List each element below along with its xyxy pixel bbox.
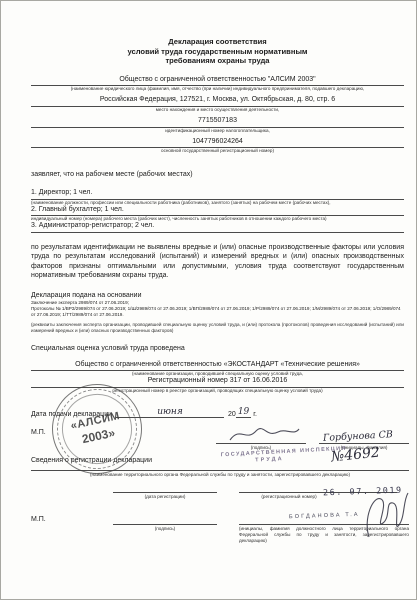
basis-heading: Декларация подана на основании xyxy=(31,291,404,300)
year-handwritten: 19 xyxy=(236,407,251,418)
name-line xyxy=(319,443,409,444)
submitter-name-handwritten: Горбунова СВ xyxy=(323,429,393,444)
org-address: Российская Федерация, 127521, г. Москва,… xyxy=(31,96,404,107)
org-ogrn-caption: основной государственный регистрационный… xyxy=(31,148,404,154)
workplace-row: 2. Главный бухгалтер; 1 чел. xyxy=(31,206,404,217)
sout-heading: Специальная оценка условий труда проведе… xyxy=(31,344,404,353)
title-line-2: условий труда государственным нормативны… xyxy=(31,47,404,57)
title-line-1: Декларация соответствия xyxy=(31,37,404,47)
org-ogrn: 1047796024264 xyxy=(31,138,404,149)
org-name: Общество с ограниченной ответственностью… xyxy=(31,76,404,87)
document-title: Декларация соответствия условий труда го… xyxy=(31,37,404,66)
basis-protocols-line: Протоколы № 1/ВРЗ/2989/074 от 27.06.2019… xyxy=(31,306,404,318)
official-signature-line xyxy=(113,524,217,525)
document-body: Декларация соответствия условий труда го… xyxy=(31,37,404,394)
conformity-statement: по результатам идентификации не выявлены… xyxy=(31,243,404,281)
year-prefix: 20 xyxy=(228,411,236,418)
declaration-document: Декларация соответствия условий труда го… xyxy=(0,0,417,600)
official-name-stamp: БОГДАНОВА Т.А xyxy=(289,512,360,520)
workplace-row: 3. Администратор-регистратор; 2 чел. xyxy=(31,222,404,233)
declares-text: заявляет, что на рабочем месте (рабочих … xyxy=(31,170,404,179)
registration-date-line xyxy=(113,492,217,493)
official-signature-icon xyxy=(359,489,411,541)
registration-date-caption: (дата регистрации) xyxy=(113,494,217,500)
mp-label-registration: М.П. xyxy=(31,515,46,524)
org-address-caption: место нахождения и место осуществления д… xyxy=(31,107,404,113)
basis-caption: (реквизиты заключения эксперта организац… xyxy=(31,322,404,334)
org-inn: 7715507183 xyxy=(31,117,404,128)
official-signature-caption: (подпись) xyxy=(113,526,217,532)
mp-label: М.П. xyxy=(31,428,46,437)
workplace-row: 1. Директор; 1 чел. xyxy=(31,189,404,200)
org-inn-caption: идентификационный номер налогоплательщик… xyxy=(31,128,404,134)
org-name-caption: (наименование юридического лица (фамилия… xyxy=(31,86,404,92)
year-suffix: г. xyxy=(253,411,257,418)
sout-org-name: Общество с ограниченной ответственностью… xyxy=(31,361,404,372)
submitter-signature-icon xyxy=(226,424,301,444)
title-line-3: требованиям охраны труда xyxy=(31,56,404,66)
